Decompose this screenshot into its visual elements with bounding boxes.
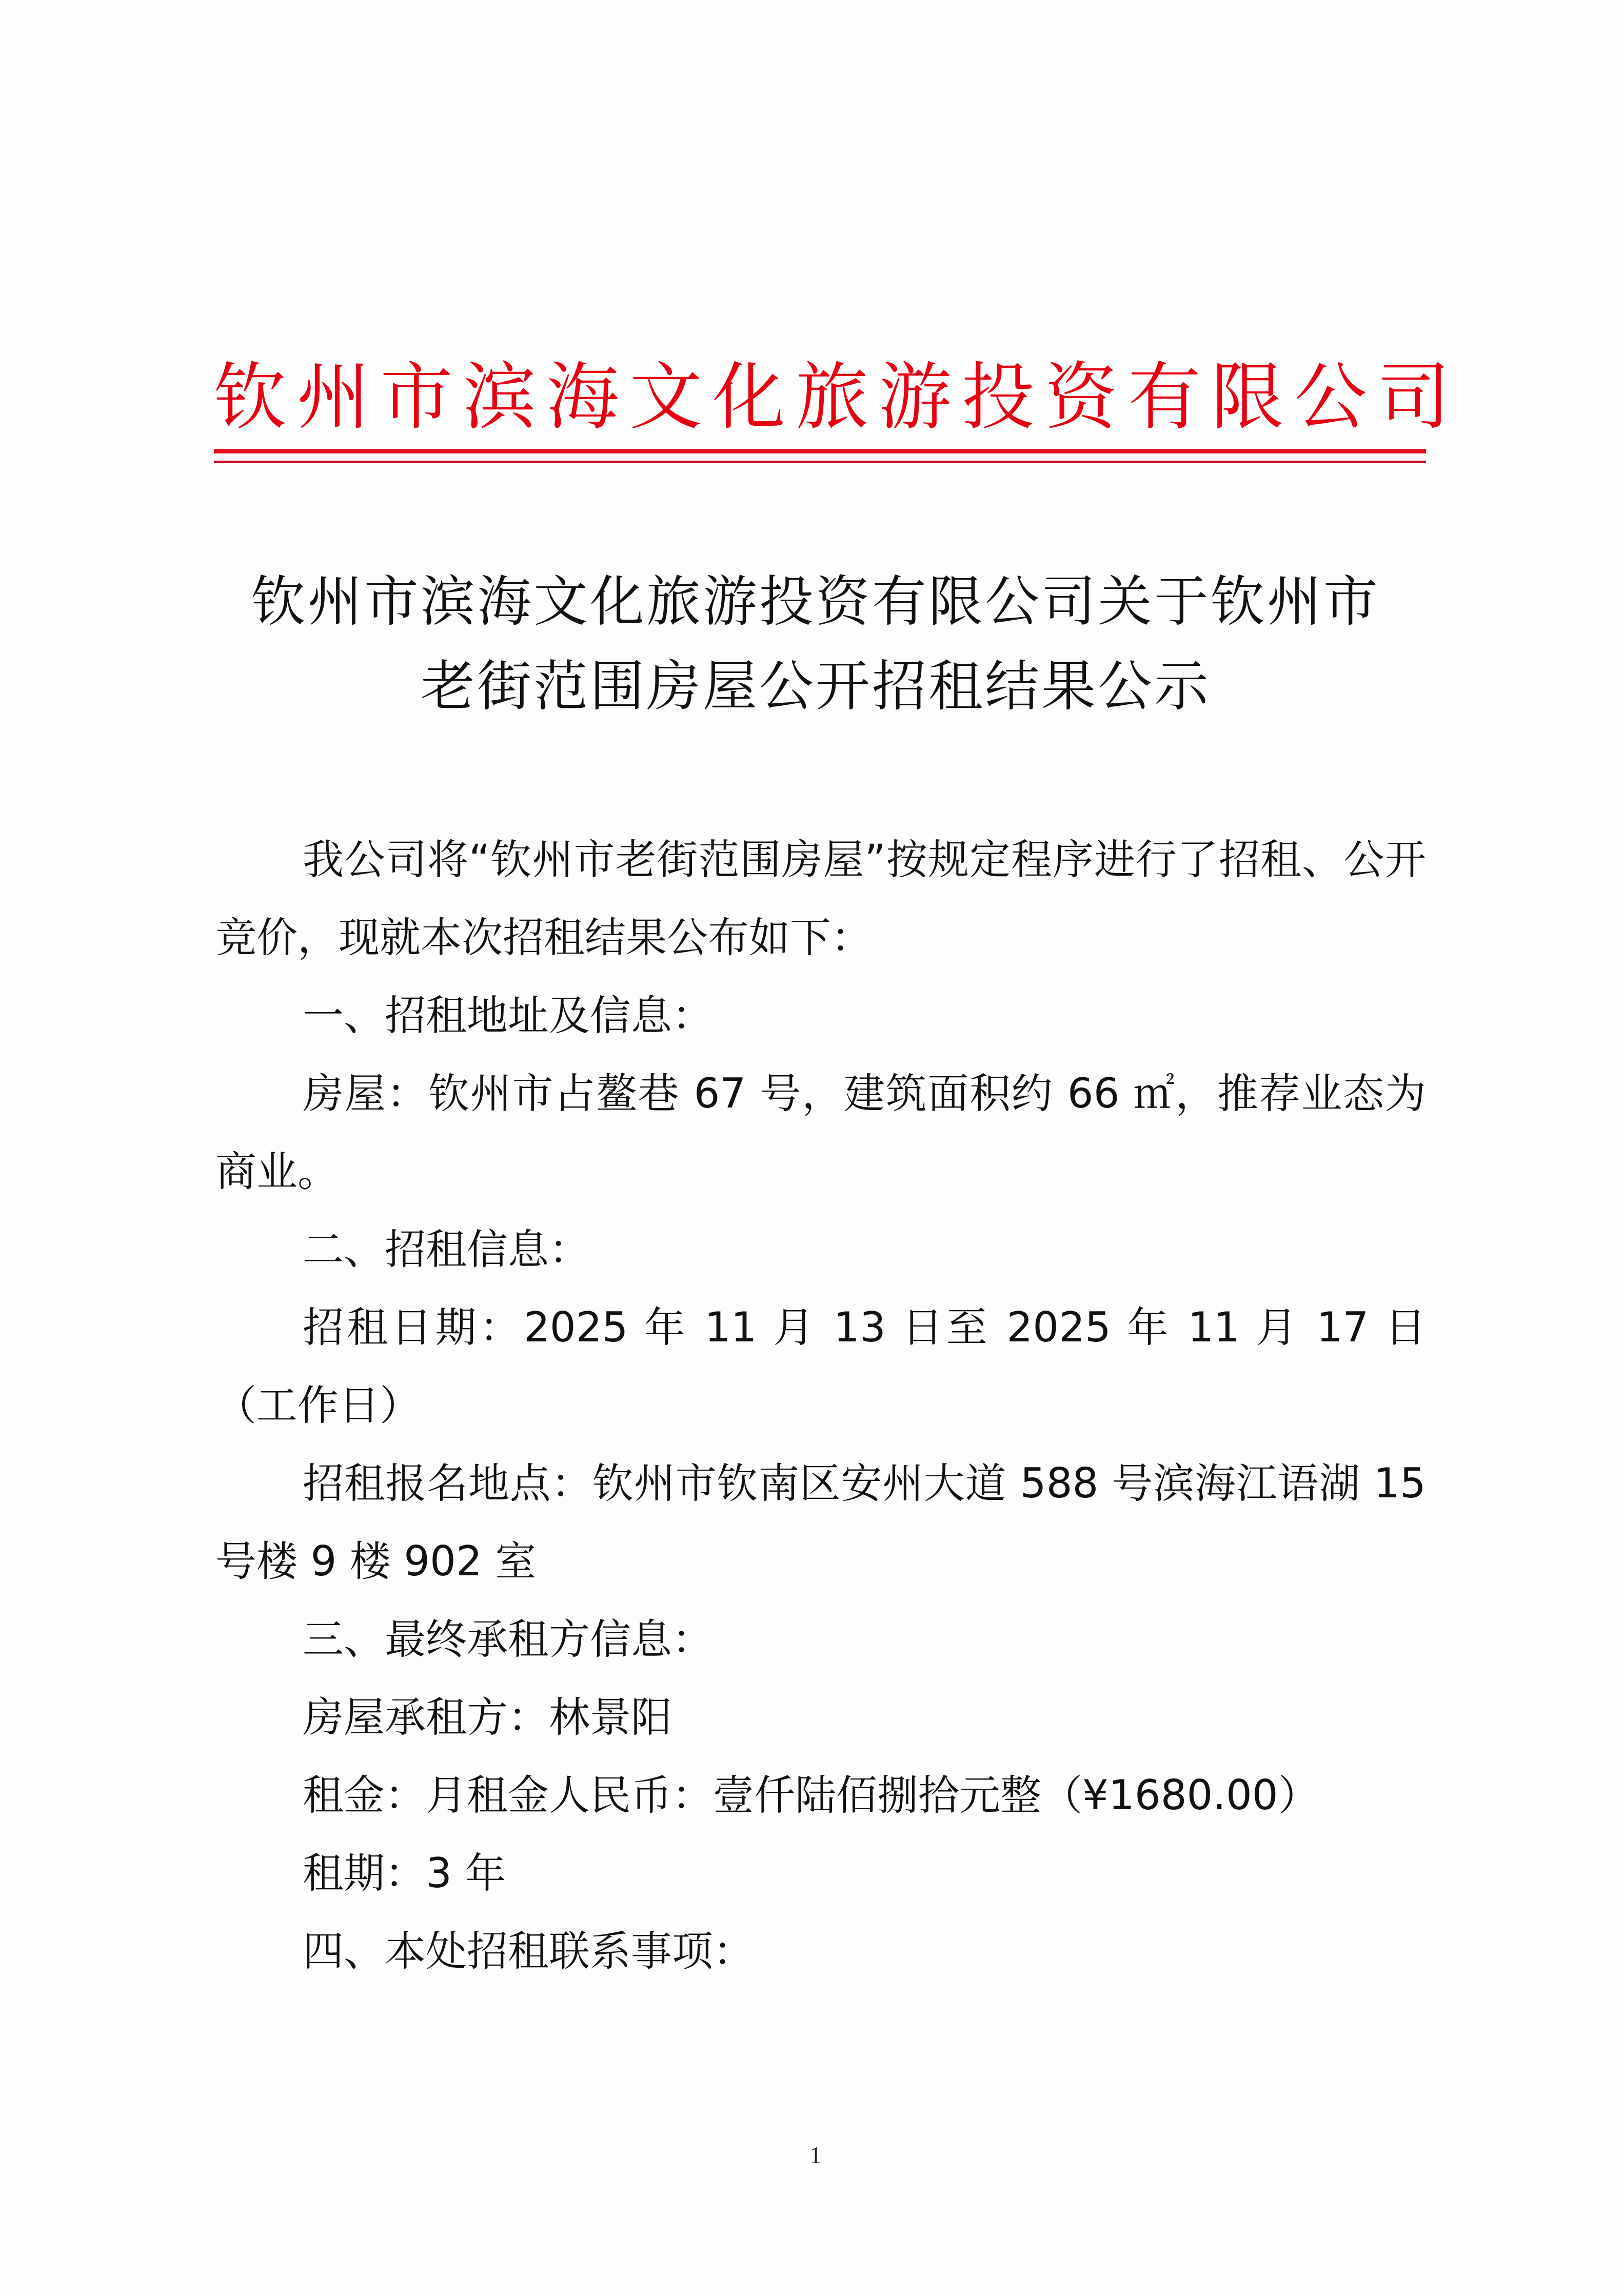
intro-paragraph: 我公司将“钦州市老街范围房屋”按规定程序进行了招租、公开竞价，现就本次招租结果公… xyxy=(215,821,1426,977)
letterhead-rule-thick xyxy=(214,449,1426,453)
document-title: 钦州市滨海文化旅游投资有限公司关于钦州市 老街范围房屋公开招租结果公示 xyxy=(205,559,1426,728)
house-info: 房屋：钦州市占鳌巷 67 号，建筑面积约 66 ㎡，推荐业态为商业。 xyxy=(215,1055,1426,1211)
rent-amount: 租金：月租金人民币：壹仟陆佰捌拾元整（¥1680.00） xyxy=(215,1756,1426,1834)
document-body: 我公司将“钦州市老街范围房屋”按规定程序进行了招租、公开竞价，现就本次招租结果公… xyxy=(215,821,1426,1990)
section-3-heading: 三、最终承租方信息： xyxy=(215,1600,1426,1678)
page-number: 1 xyxy=(800,2142,831,2169)
document-title-line-1: 钦州市滨海文化旅游投资有限公司关于钦州市 xyxy=(205,559,1426,644)
tenant-name: 房屋承租方：林景阳 xyxy=(215,1678,1426,1756)
lease-term: 租期：3 年 xyxy=(215,1834,1426,1912)
letterhead-rule-thin xyxy=(214,461,1426,463)
letterhead-company-name: 钦州市滨海文化旅游投资有限公司 xyxy=(214,354,1426,441)
document-page: 钦州市滨海文化旅游投资有限公司 钦州市滨海文化旅游投资有限公司关于钦州市 老街范… xyxy=(0,0,1624,2295)
section-4-heading: 四、本处招租联系事项： xyxy=(215,1912,1426,1990)
section-1-heading: 一、招租地址及信息： xyxy=(215,977,1426,1055)
registration-location: 招租报名地点：钦州市钦南区安州大道 588 号滨海江语湖 15 号楼 9 楼 9… xyxy=(215,1445,1426,1600)
section-2-heading: 二、招租信息： xyxy=(215,1211,1426,1289)
rental-date: 招租日期：2025 年 11 月 13 日至 2025 年 11 月 17 日（… xyxy=(215,1289,1426,1445)
document-title-line-2: 老街范围房屋公开招租结果公示 xyxy=(205,644,1426,728)
